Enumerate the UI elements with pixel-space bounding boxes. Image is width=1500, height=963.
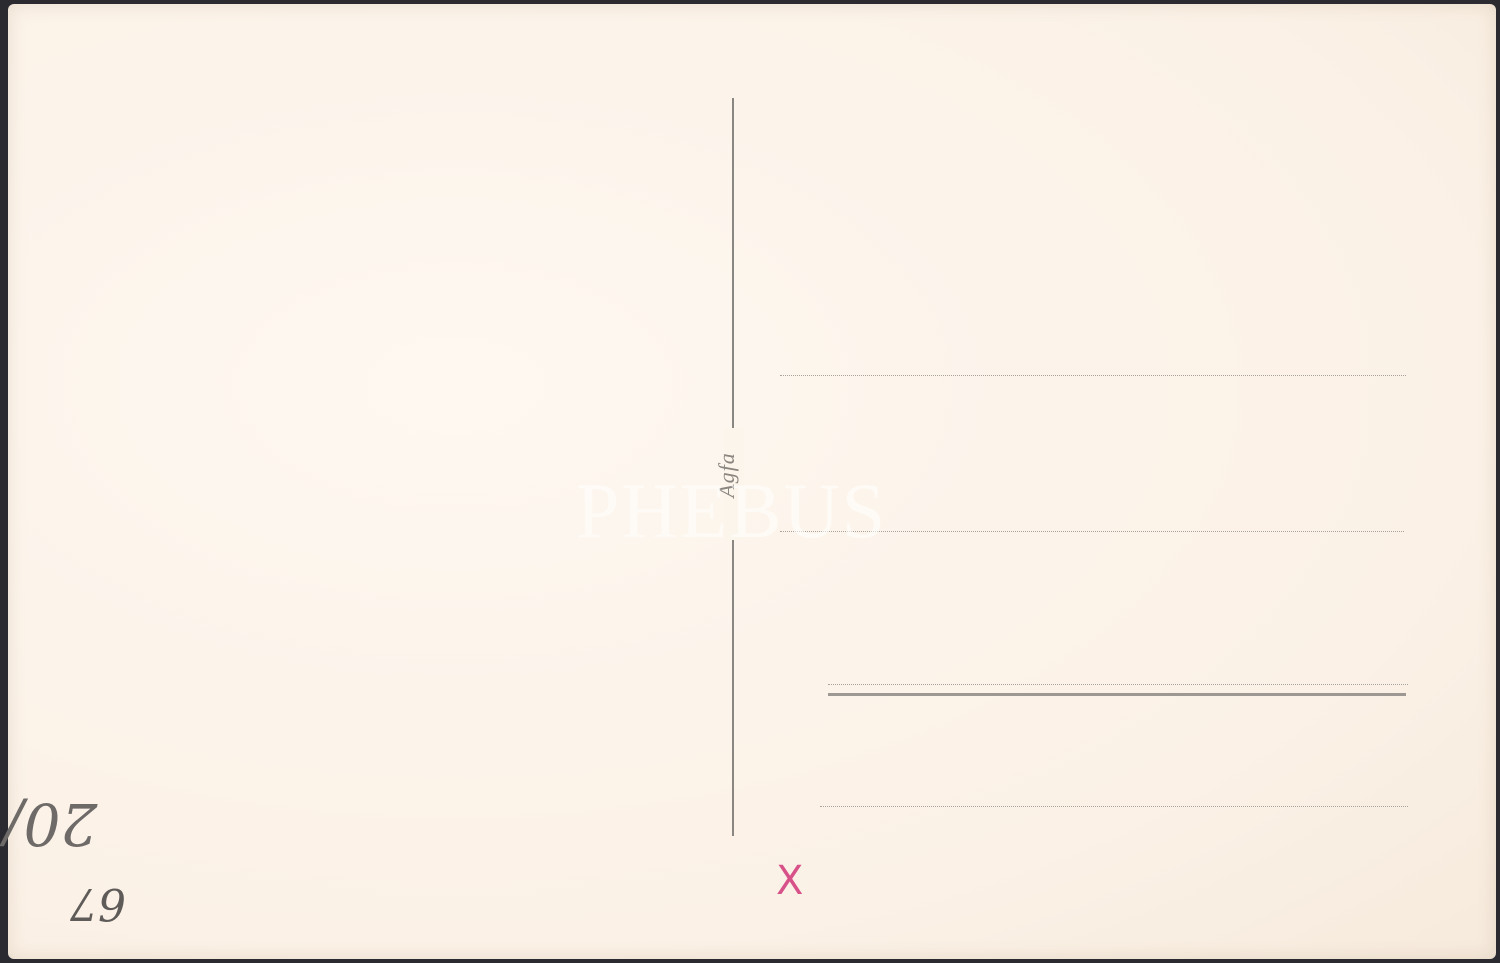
pencil-number: 67 <box>70 878 126 929</box>
postcard-back: Agfa PHEBUS <box>8 4 1496 959</box>
address-line-3-underline <box>828 693 1406 696</box>
address-line-3 <box>828 684 1408 685</box>
address-line-1 <box>780 375 1406 376</box>
pencil-annotation: 20/ <box>4 790 97 858</box>
pink-x-mark: X <box>776 858 803 904</box>
watermark-text: PHEBUS <box>576 466 887 556</box>
address-line-4 <box>820 806 1408 807</box>
